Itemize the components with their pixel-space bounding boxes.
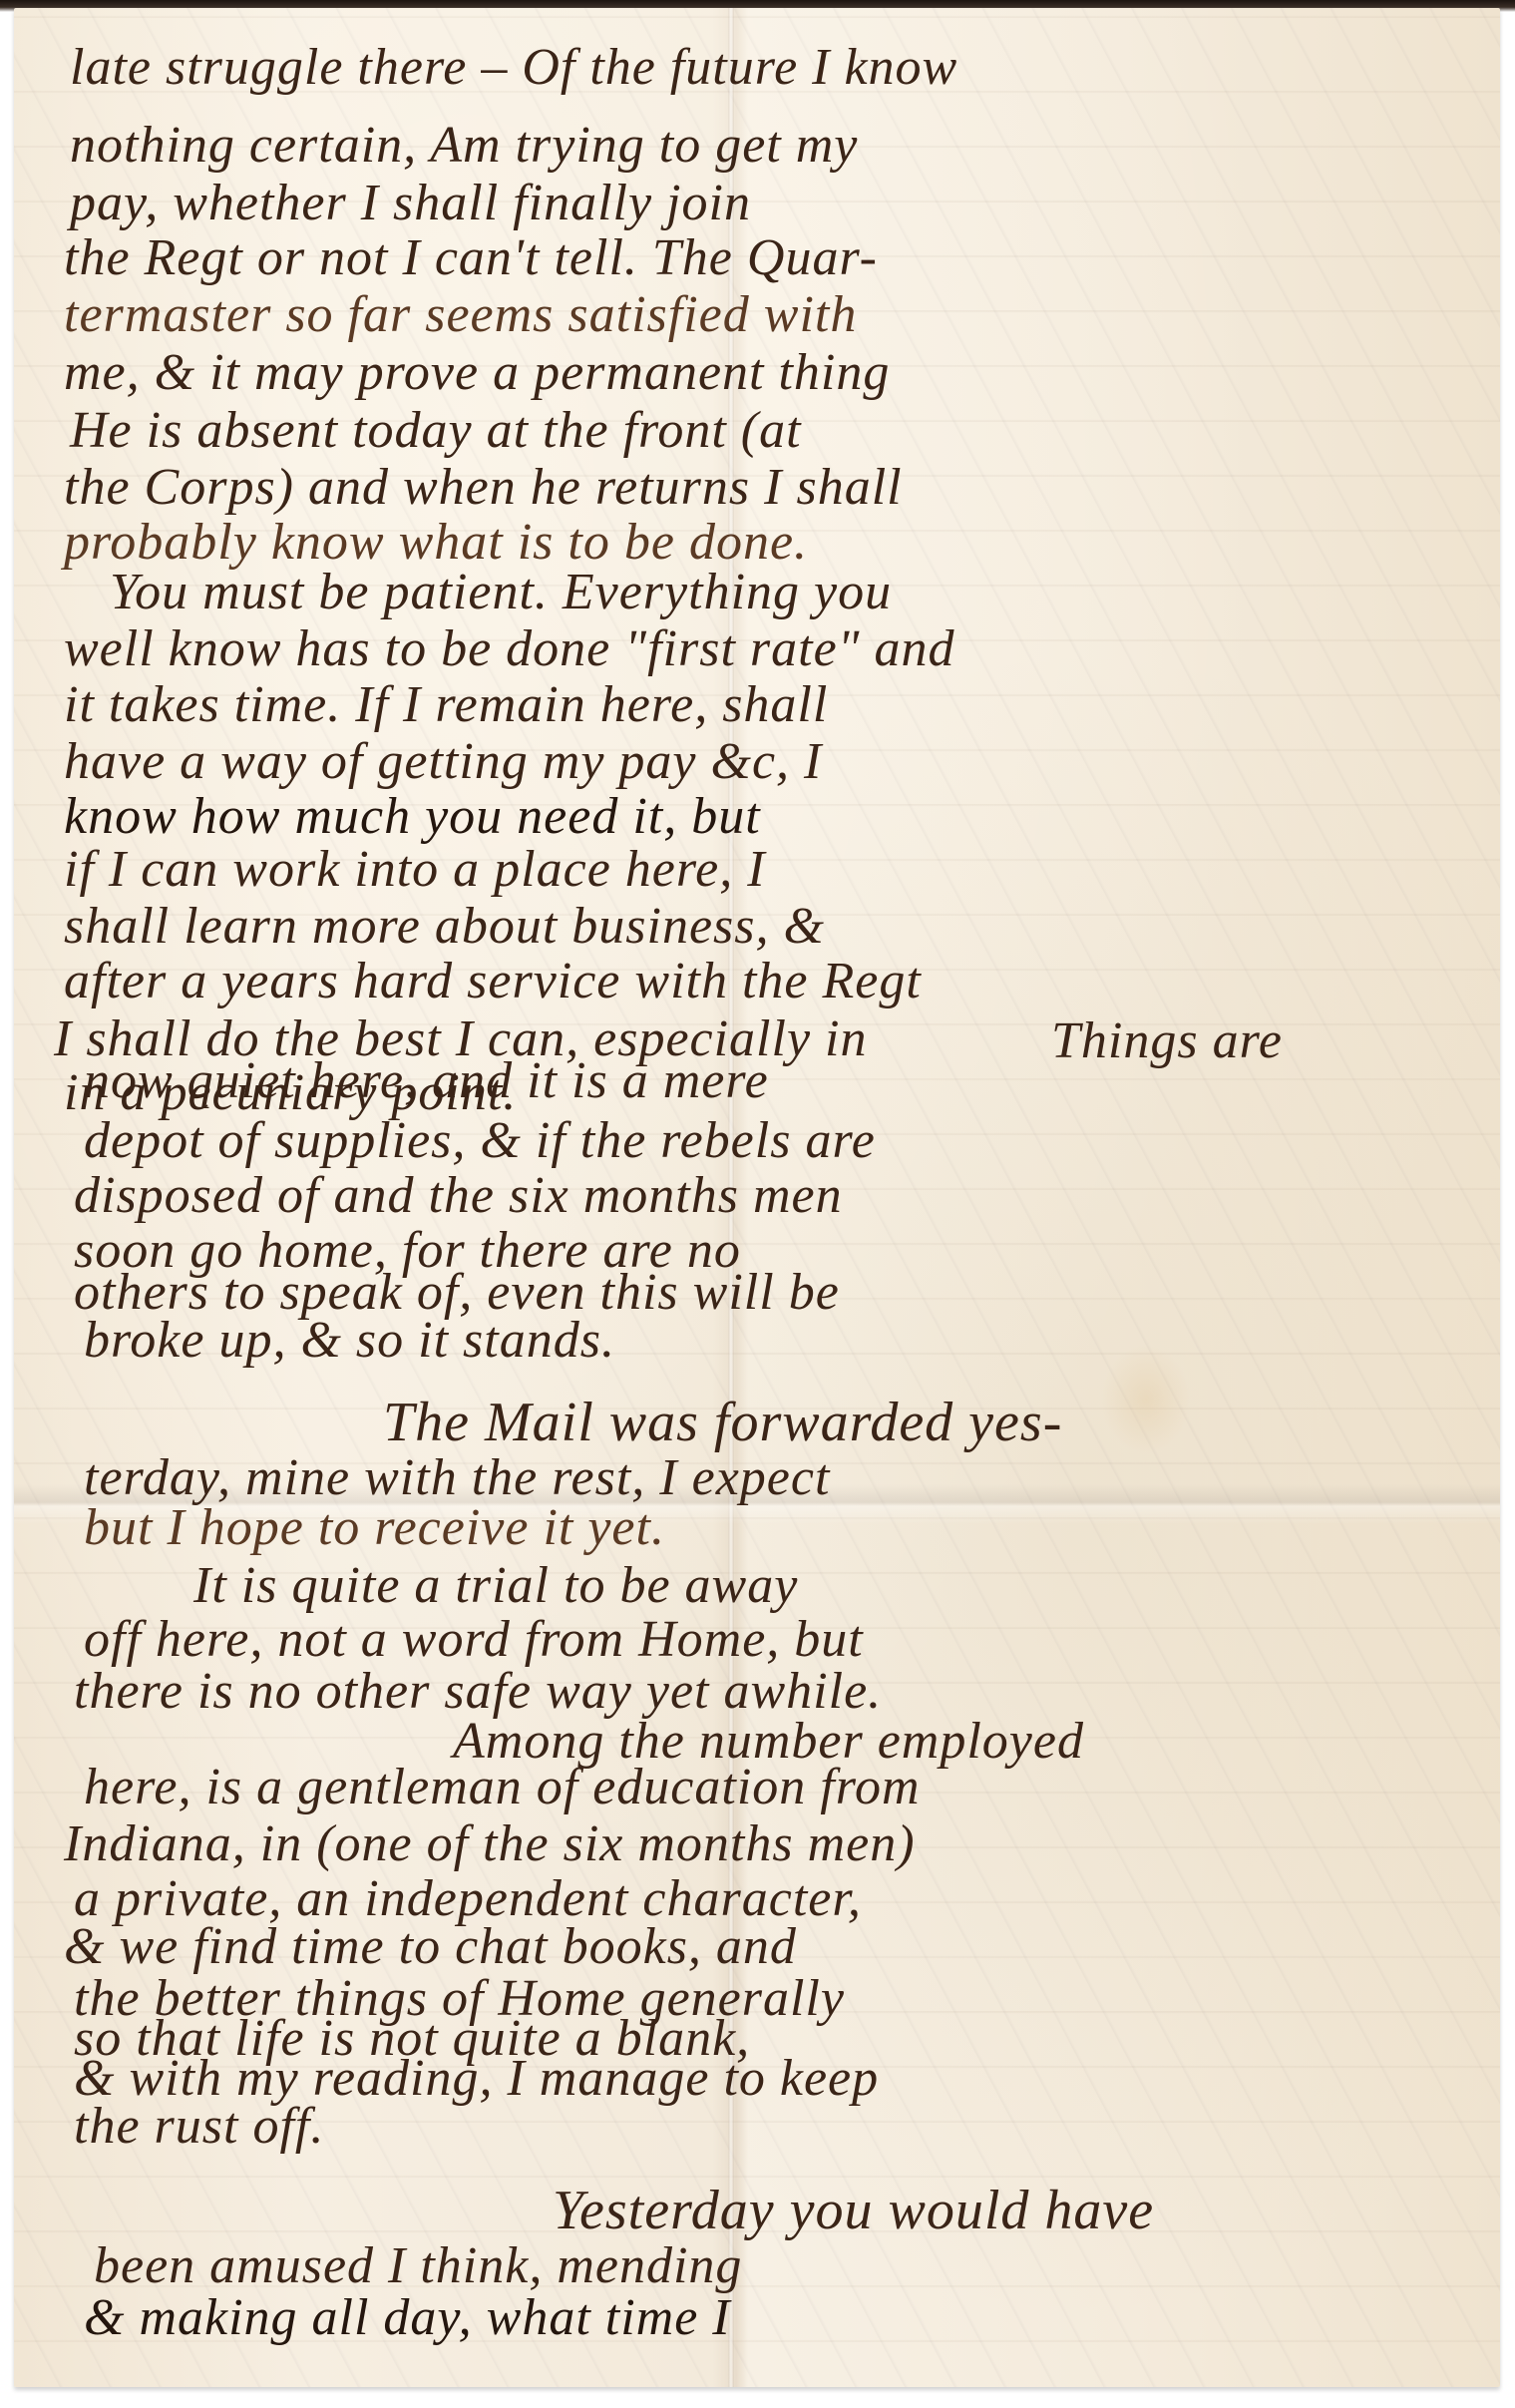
letter-line: know how much you need it, but xyxy=(64,791,761,843)
letter-line: Things are xyxy=(1051,1015,1283,1067)
letter-line: the rust off. xyxy=(74,2101,324,2153)
letter-line: shall learn more about business, & xyxy=(64,901,825,953)
letter-line: after a years hard service with the Regt xyxy=(64,956,922,1007)
letter-line: broke up, & so it stands. xyxy=(84,1315,615,1367)
letter-line: & we find time to chat books, and xyxy=(64,1921,797,1973)
letter-line: but I hope to receive it yet. xyxy=(84,1502,665,1554)
letter-line: nothing certain, Am trying to get my xyxy=(70,120,858,172)
paper-stain xyxy=(1101,1345,1191,1454)
letter-line: well know has to be done "first rate" an… xyxy=(64,623,955,675)
letter-line: have a way of getting my pay &c, I xyxy=(64,736,822,788)
letter-line: probably know what is to be done. xyxy=(64,517,808,569)
letter-line: the Regt or not I can't tell. The Quar- xyxy=(64,232,878,284)
letter-line: terday, mine with the rest, I expect xyxy=(84,1452,830,1504)
letter-line: here, is a gentleman of education from xyxy=(84,1762,921,1813)
letter-line: He is absent today at the front (at xyxy=(70,405,802,457)
letter-line: & making all day, what time I xyxy=(84,2292,731,2344)
letter-line: It is quite a trial to be away xyxy=(193,1560,798,1612)
letter-line: Indiana, in (one of the six months men) xyxy=(64,1818,916,1870)
letter-line: been amused I think, mending xyxy=(94,2240,742,2292)
letter-line: The Mail was forwarded yes- xyxy=(383,1395,1062,1450)
letter-line: disposed of and the six months men xyxy=(74,1170,843,1222)
letter-line: pay, whether I shall finally join xyxy=(70,178,751,229)
letter-line: there is no other safe way yet awhile. xyxy=(74,1666,882,1718)
letter-line: now quiet here, and it is a mere xyxy=(84,1055,769,1107)
scan-frame: late struggle there – Of the future I kn… xyxy=(0,0,1515,2408)
letter-line: off here, not a word from Home, but xyxy=(84,1614,864,1666)
letter-line: me, & it may prove a permanent thing xyxy=(64,347,890,399)
letter-line: the Corps) and when he returns I shall xyxy=(64,462,903,514)
letter-line: it takes time. If I remain here, shall xyxy=(64,679,828,731)
letter-page: late struggle there – Of the future I kn… xyxy=(14,8,1500,2387)
letter-line: Yesterday you would have xyxy=(553,2183,1154,2238)
letter-line: You must be patient. Everything you xyxy=(110,567,892,618)
letter-line: termaster so far seems satisfied with xyxy=(64,289,857,341)
letter-line: depot of supplies, & if the rebels are xyxy=(84,1115,876,1167)
letter-line: if I can work into a place here, I xyxy=(64,844,766,896)
letter-line: late struggle there – Of the future I kn… xyxy=(70,42,957,94)
